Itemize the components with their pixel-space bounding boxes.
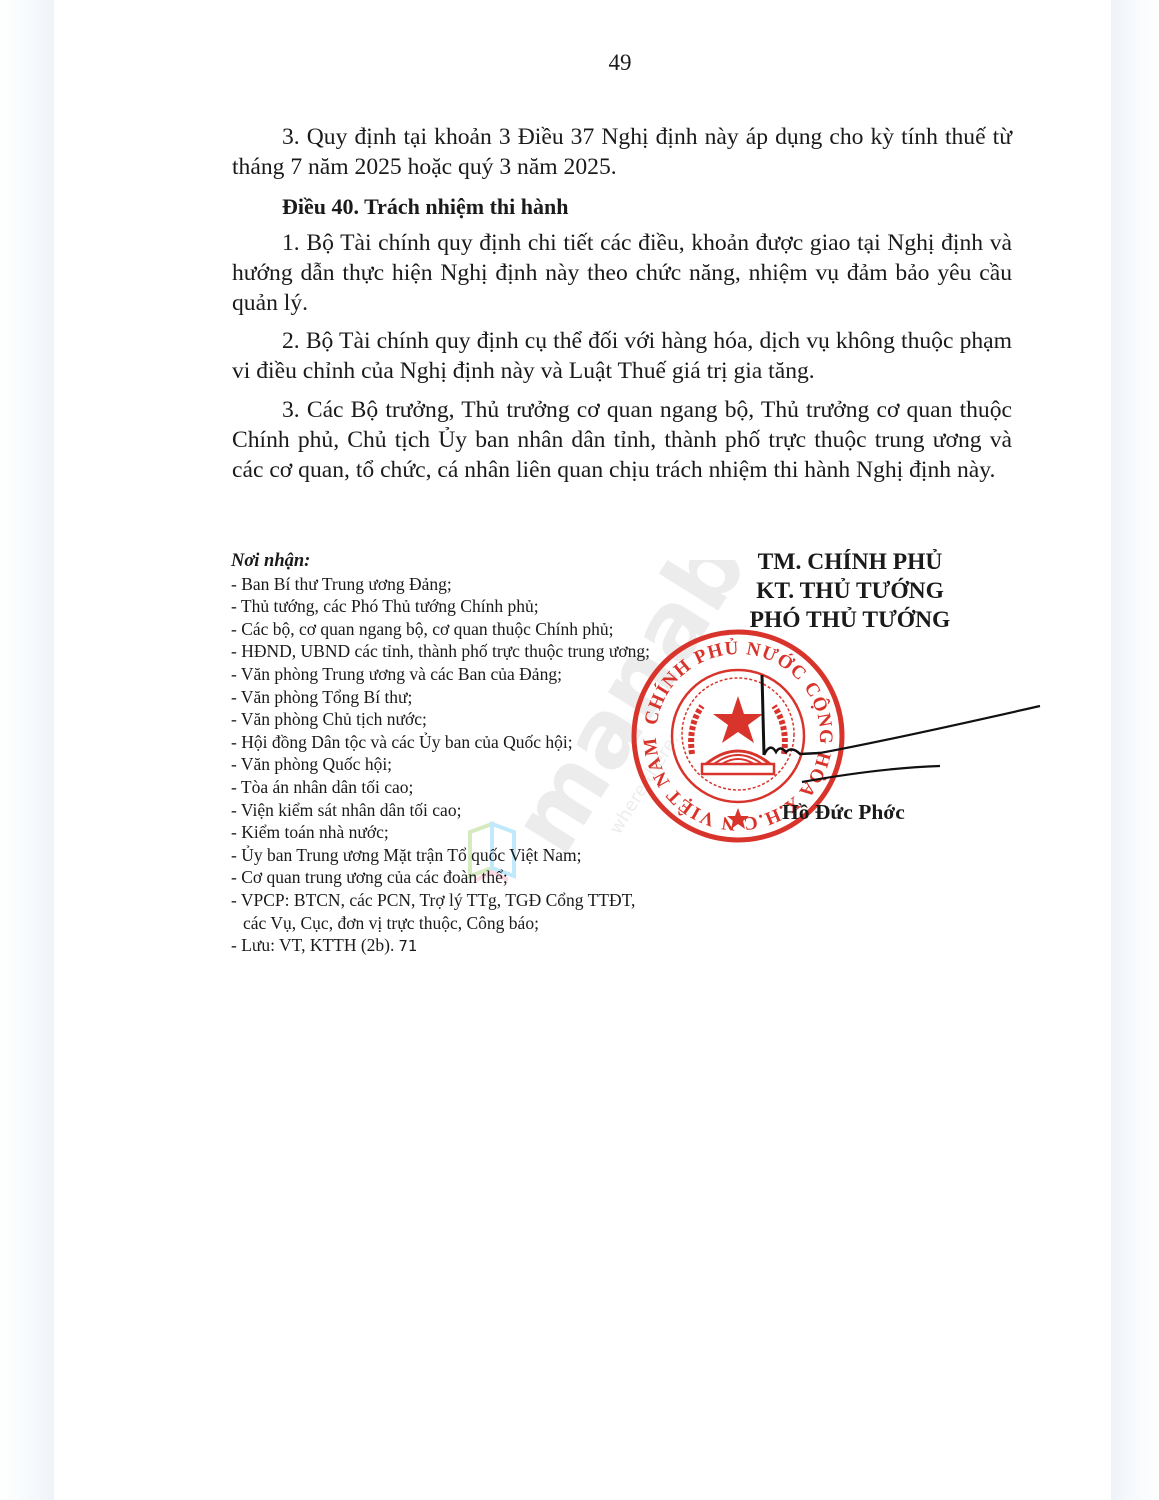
recipient-item: các Vụ, Cục, đơn vị trực thuộc, Công báo… bbox=[231, 912, 711, 935]
signature bbox=[740, 660, 1050, 790]
scan-edge-left bbox=[0, 0, 54, 1500]
page-number: 49 bbox=[0, 50, 1159, 76]
signer-block: TM. CHÍNH PHỦ KT. THỦ TƯỚNG PHÓ THỦ TƯỚN… bbox=[735, 548, 965, 635]
clause-1-ministry-finance: 1. Bộ Tài chính quy định chi tiết các đi… bbox=[232, 228, 1012, 318]
clause-3-responsibility: 3. Các Bộ trưởng, Thủ trưởng cơ quan nga… bbox=[232, 395, 1012, 485]
signer-name: Hồ Đức Phớc bbox=[782, 800, 905, 825]
signer-line-1: TM. CHÍNH PHỦ bbox=[735, 548, 965, 577]
clause-2-ministry-finance: 2. Bộ Tài chính quy định cụ thể đối với … bbox=[232, 326, 1012, 386]
recipient-item: - Lưu: VT, KTTH (2b).71 bbox=[231, 934, 711, 958]
article-heading: Điều 40. Trách nhiệm thi hành bbox=[282, 194, 568, 220]
recipient-item: - Ủy ban Trung ương Mặt trận Tổ quốc Việ… bbox=[231, 844, 711, 867]
clause-3-effective-date: 3. Quy định tại khoản 3 Điều 37 Nghị địn… bbox=[232, 122, 1012, 182]
recipient-item: - Ban Bí thư Trung ương Đảng; bbox=[231, 573, 711, 596]
recipient-item: - Thủ tướng, các Phó Thủ tướng Chính phủ… bbox=[231, 595, 711, 618]
recipients-title: Nơi nhận: bbox=[231, 550, 711, 573]
recipient-item: - Cơ quan trung ương của các đoàn thể; bbox=[231, 866, 711, 889]
recipient-item: - VPCP: BTCN, các PCN, Trợ lý TTg, TGĐ C… bbox=[231, 889, 711, 912]
handwritten-mark: 71 bbox=[398, 937, 417, 955]
scan-edge-right bbox=[1111, 0, 1159, 1500]
signer-line-2: KT. THỦ TƯỚNG bbox=[735, 577, 965, 606]
